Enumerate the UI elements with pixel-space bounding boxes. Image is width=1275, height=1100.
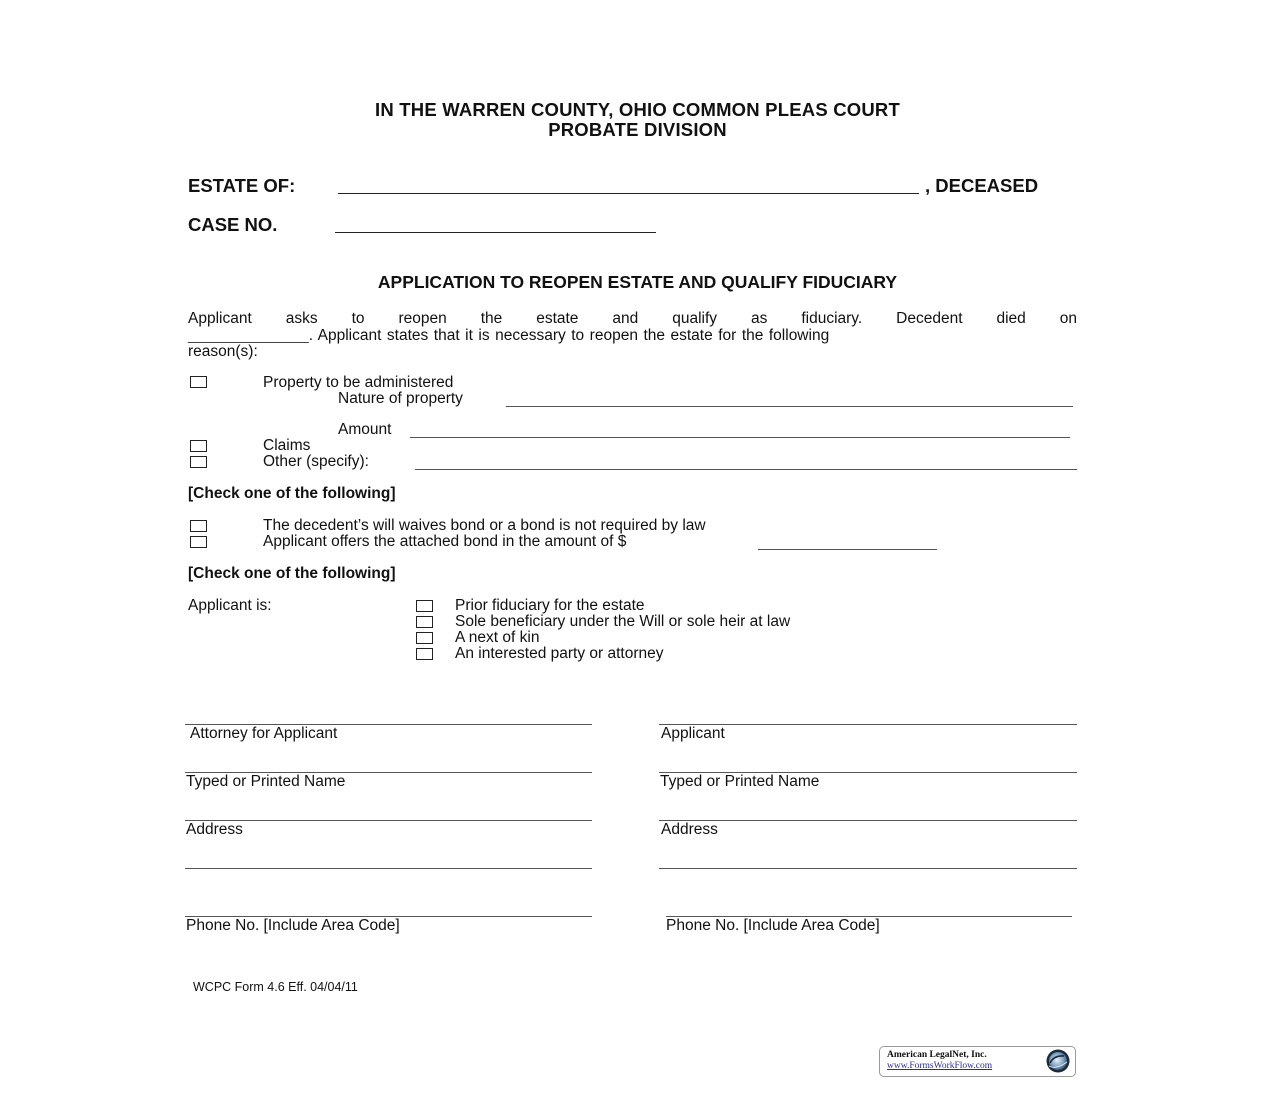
applicant-is-label: Applicant is: bbox=[188, 597, 272, 615]
applicant-signature-label: Applicant bbox=[661, 725, 725, 743]
applicant-phone-line[interactable] bbox=[666, 902, 1072, 917]
other-checkbox[interactable] bbox=[190, 456, 207, 468]
intro-line-2-text: . Applicant states that it is necessary … bbox=[309, 327, 830, 344]
estate-label: ESTATE OF: bbox=[188, 175, 295, 197]
publisher-badge[interactable]: American LegalNet, Inc. www.FormsWorkFlo… bbox=[879, 1046, 1076, 1077]
applicant-name-label: Typed or Printed Name bbox=[660, 773, 819, 791]
estate-name-field[interactable] bbox=[338, 176, 919, 194]
form-title: APPLICATION TO REOPEN ESTATE AND QUALIFY… bbox=[0, 272, 1275, 293]
claims-checkbox[interactable] bbox=[190, 440, 207, 452]
bond-attached-label: Applicant offers the attached bond in th… bbox=[263, 533, 626, 551]
applicant-name-line[interactable] bbox=[659, 758, 1077, 773]
nature-of-property-field[interactable] bbox=[506, 390, 1073, 407]
other-specify-field[interactable] bbox=[415, 453, 1077, 470]
division-name: PROBATE DIVISION bbox=[0, 119, 1275, 141]
applicant-section-heading: [Check one of the following] bbox=[188, 565, 396, 583]
applicant-address-line[interactable] bbox=[659, 806, 1077, 821]
applicant-address-line-2[interactable] bbox=[659, 854, 1077, 869]
intro-line-2: ______________. Applicant states that it… bbox=[188, 327, 1077, 345]
intro-line-3: reason(s): bbox=[188, 343, 258, 361]
applicant-phone-label: Phone No. [Include Area Code] bbox=[666, 917, 880, 935]
applicant-signature-line[interactable] bbox=[659, 710, 1077, 725]
attorney-signature-label: Attorney for Applicant bbox=[190, 725, 337, 743]
bond-attached-checkbox[interactable] bbox=[190, 536, 207, 548]
date-of-death-field[interactable]: ______________ bbox=[188, 327, 309, 344]
attorney-address-line-2[interactable] bbox=[185, 854, 592, 869]
sole-beneficiary-checkbox[interactable] bbox=[416, 616, 433, 628]
form-identifier: WCPC Form 4.6 Eff. 04/04/11 bbox=[193, 980, 358, 994]
case-number-label: CASE NO. bbox=[188, 214, 277, 236]
prior-fiduciary-checkbox[interactable] bbox=[416, 600, 433, 612]
other-label: Other (specify): bbox=[263, 453, 369, 471]
attorney-phone-line[interactable] bbox=[185, 902, 592, 917]
bond-waived-checkbox[interactable] bbox=[190, 520, 207, 532]
publisher-name: American LegalNet, Inc. bbox=[887, 1050, 987, 1060]
case-number-field[interactable] bbox=[335, 215, 656, 233]
attorney-address-line[interactable] bbox=[185, 806, 592, 821]
next-of-kin-checkbox[interactable] bbox=[416, 632, 433, 644]
bond-section-heading: [Check one of the following] bbox=[188, 485, 396, 503]
attorney-address-label: Address bbox=[186, 821, 243, 839]
property-checkbox[interactable] bbox=[190, 376, 207, 388]
court-name: IN THE WARREN COUNTY, OHIO COMMON PLEAS … bbox=[0, 99, 1275, 121]
nature-of-property-label: Nature of property bbox=[338, 390, 463, 408]
deceased-label: , DECEASED bbox=[925, 175, 1038, 197]
attorney-phone-label: Phone No. [Include Area Code] bbox=[186, 917, 400, 935]
bond-amount-field[interactable] bbox=[758, 533, 937, 550]
intro-line-1: Applicant asks to reopen the estate and … bbox=[188, 311, 1077, 327]
amount-field[interactable] bbox=[410, 421, 1070, 438]
amount-label: Amount bbox=[338, 421, 391, 439]
interested-party-label: An interested party or attorney bbox=[455, 645, 664, 663]
applicant-address-label: Address bbox=[661, 821, 718, 839]
publisher-link[interactable]: www.FormsWorkFlow.com bbox=[887, 1061, 992, 1071]
attorney-name-line[interactable] bbox=[185, 758, 592, 773]
globe-logo-icon bbox=[1042, 1048, 1072, 1074]
attorney-signature-line[interactable] bbox=[185, 710, 592, 725]
interested-party-checkbox[interactable] bbox=[416, 648, 433, 660]
attorney-name-label: Typed or Printed Name bbox=[186, 773, 345, 791]
